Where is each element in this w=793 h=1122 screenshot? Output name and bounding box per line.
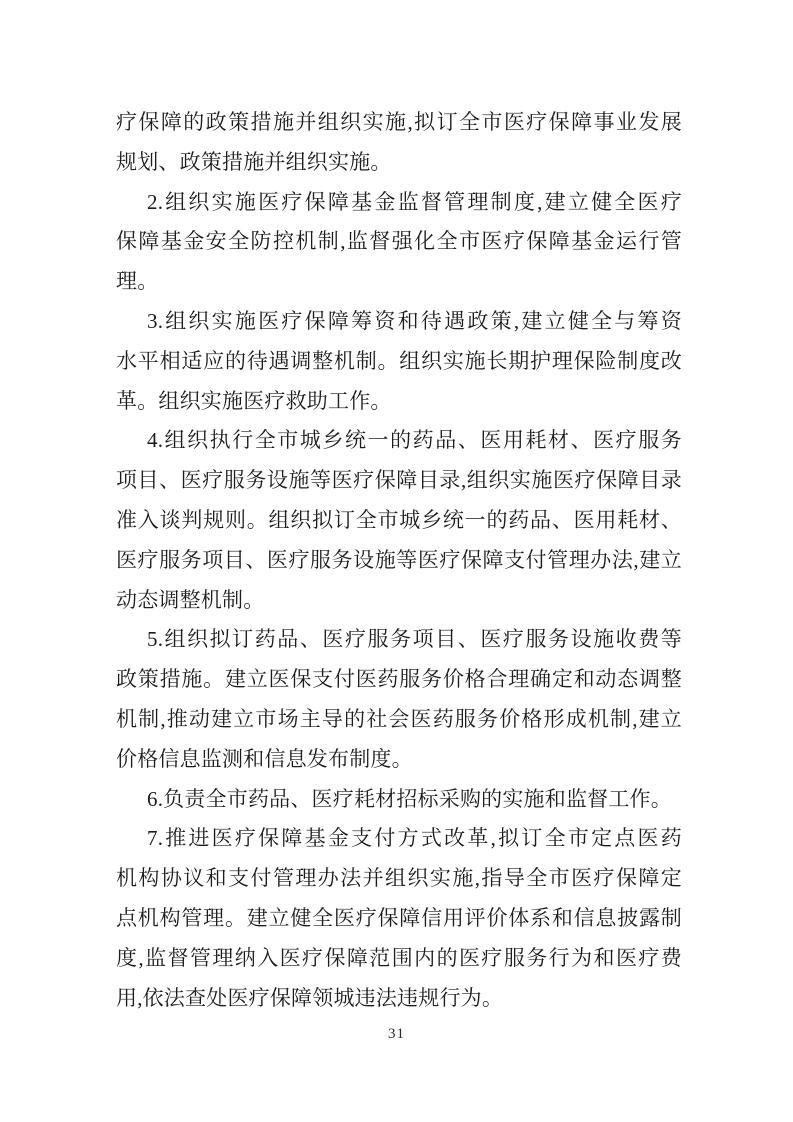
text-line: 用,依法查处医疗保障领城违法违规行为。 xyxy=(116,979,682,1019)
text-line: 医疗服务项目、医疗服务设施等医疗保障支付管理办法,建立 xyxy=(116,541,682,581)
text-line: 点机构管理。建立健全医疗保障信用评价体系和信息披露制 xyxy=(116,899,682,939)
text-line: 项目、医疗服务设施等医疗保障目录,组织实施医疗保障目录 xyxy=(116,461,682,501)
text-line: 疗保障的政策措施并组织实施,拟订全市医疗保障事业发展 xyxy=(116,103,682,143)
text-line: 动态调整机制。 xyxy=(116,581,682,621)
text-line: 2.组织实施医疗保障基金监督管理制度,建立健全医疗 xyxy=(116,183,682,223)
text-line: 4.组织执行全市城乡统一的药品、医用耗材、医疗服务 xyxy=(116,421,682,461)
text-line: 6.负责全市药品、医疗耗材招标采购的实施和监督工作。 xyxy=(116,780,682,820)
document-body: 疗保障的政策措施并组织实施,拟订全市医疗保障事业发展规划、政策措施并组织实施。2… xyxy=(116,103,682,1018)
text-line: 准入谈判规则。组织拟订全市城乡统一的药品、医用耗材、 xyxy=(116,501,682,541)
text-line: 革。组织实施医疗救助工作。 xyxy=(116,382,682,422)
text-line: 机构协议和支付管理办法并组织实施,指导全市医疗保障定 xyxy=(116,859,682,899)
text-line: 机制,推动建立市场主导的社会医药服务价格形成机制,建立 xyxy=(116,700,682,740)
text-line: 5.组织拟订药品、医疗服务项目、医疗服务设施收费等 xyxy=(116,620,682,660)
text-line: 度,监督管理纳入医疗保障范围内的医疗服务行为和医疗费 xyxy=(116,939,682,979)
page-number: 31 xyxy=(0,1026,793,1043)
text-line: 规划、政策措施并组织实施。 xyxy=(116,143,682,183)
text-line: 政策措施。建立医保支付医药服务价格合理确定和动态调整 xyxy=(116,660,682,700)
text-line: 3.组织实施医疗保障筹资和待遇政策,建立健全与筹资 xyxy=(116,302,682,342)
text-line: 价格信息监测和信息发布制度。 xyxy=(116,740,682,780)
text-line: 水平相适应的待遇调整机制。组织实施长期护理保险制度改 xyxy=(116,342,682,382)
text-line: 7.推进医疗保障基金支付方式改革,拟订全市定点医药 xyxy=(116,819,682,859)
document-page: 疗保障的政策措施并组织实施,拟订全市医疗保障事业发展规划、政策措施并组织实施。2… xyxy=(0,0,793,1122)
text-line: 理。 xyxy=(116,262,682,302)
text-line: 保障基金安全防控机制,监督强化全市医疗保障基金运行管 xyxy=(116,222,682,262)
